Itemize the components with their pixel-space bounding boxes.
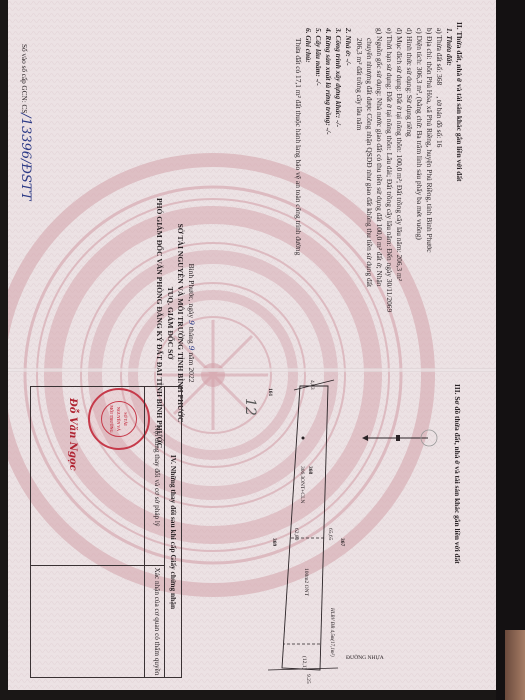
place-date-prefix: Bình Phước, ngày (187, 263, 196, 318)
table-surface (505, 630, 525, 700)
origin-line-3: 206,3 m² đất trồng cây lâu năm (355, 38, 364, 130)
area: c) Diện tích: 306,3 m², (bằng chữ: Ba tr… (415, 28, 424, 240)
registration-number: Số vào sổ cấp GCN: CS/13396/ĐSTT (18, 44, 33, 200)
front-width: (12,1) (299, 656, 308, 669)
origin-line-2: chuyển nhượng đất được Công nhận QSDĐ nh… (365, 38, 374, 287)
notes-heading: 6. Ghi chú: (304, 28, 313, 63)
rear-width: 4,83 (307, 380, 316, 390)
section-iii-iv-panel: III. Sơ đồ thửa đất, nhà ở và tài sản kh… (0, 378, 488, 688)
registration-value: /13396/ĐSTT (18, 113, 33, 200)
parcel-area: 306,3 (297, 466, 306, 478)
date-day: 9 (187, 320, 196, 325)
road-width: 9.25 (303, 674, 312, 684)
road-label: ĐƯỜNG NHỰA (346, 654, 384, 663)
residential-area: 100m2 ONT (301, 568, 310, 596)
sheet-mark: 12 (242, 398, 258, 416)
notes-text: Thửa đất có 17,1 m² đất thuộc hành lang … (294, 38, 303, 255)
parcel-number: a) Thửa đất số: 368 , tờ bản đồ số: 16 (435, 28, 444, 147)
scale-mark (396, 435, 400, 441)
other-construction: 3. Công trình xây dựng khác: -/- (334, 28, 343, 127)
neighbor-right: 367 (337, 538, 346, 546)
changes-table-divider (144, 387, 145, 677)
arrow-head-icon (362, 435, 368, 441)
survey-point (302, 437, 305, 440)
land-heading: 1. Thửa đất: (445, 28, 454, 66)
changes-table-title: IV. Những thay đổi sau khi cấp Giấy chứn… (164, 387, 181, 677)
usage-purpose: đ) Mục đích sử dụng: Đất ở tại nông thôn… (395, 28, 404, 281)
parcel-outline (282, 386, 328, 670)
section-iii-title: III. Sơ đồ thửa đất, nhà ở và tài sản kh… (453, 384, 462, 564)
parcel-code: ONT+CLN (297, 478, 306, 503)
perennial-trees: 5. Cây lâu năm: -/- (314, 28, 323, 86)
left-length: 62,80 (291, 528, 300, 540)
background-edge (496, 0, 525, 700)
section-ii-panel: II. Thửa đất, nhà ở và tài sản khác gắn … (0, 8, 488, 358)
changes-table: IV. Những thay đổi sau khi cấp Giấy chứn… (30, 386, 182, 678)
house: 2. Nhà ở: -/- (344, 28, 353, 66)
origin-line-1: g) Nguồn gốc sử dụng: Nhà nước giao đất … (375, 28, 384, 287)
corridor-note: HLBV ĐB 4,5m(17,1m²) (327, 608, 336, 657)
month-label: tháng (187, 327, 196, 344)
neighbor-rear: 161 (265, 388, 274, 396)
page-fold (8, 368, 496, 372)
map-sheet-text: , tờ bản đồ số: 16 (435, 96, 444, 147)
right-length: 65,65 (325, 528, 334, 540)
registration-label: Số vào sổ cấp GCN: CS (20, 44, 28, 113)
section-ii-title: II. Thửa đất, nhà ở và tài sản khác gắn … (455, 22, 464, 182)
usage-term: e) Thời hạn sử dụng: Đất ở tại nông thôn… (385, 28, 394, 312)
address: b) Địa chỉ: thôn Phú Hòa, xã Phú Riềng, … (425, 28, 434, 253)
usage-form: d) Hình thức sử dụng: Sử dụng riêng (405, 28, 414, 137)
neighbor-left: 369 (269, 538, 278, 546)
planted-forest: 4. Rừng sản xuất là rừng trồng: -/- (324, 28, 333, 135)
parcel-diagram: ĐƯỜNG NHỰA 9.25 (12,1) HLBV ĐB 4,5m(17,1… (198, 378, 438, 688)
parcel-no-text: a) Thửa đất số: 368 (435, 28, 444, 85)
date-month: 9 (187, 346, 196, 351)
parcel-number-label: 368 (305, 466, 314, 474)
